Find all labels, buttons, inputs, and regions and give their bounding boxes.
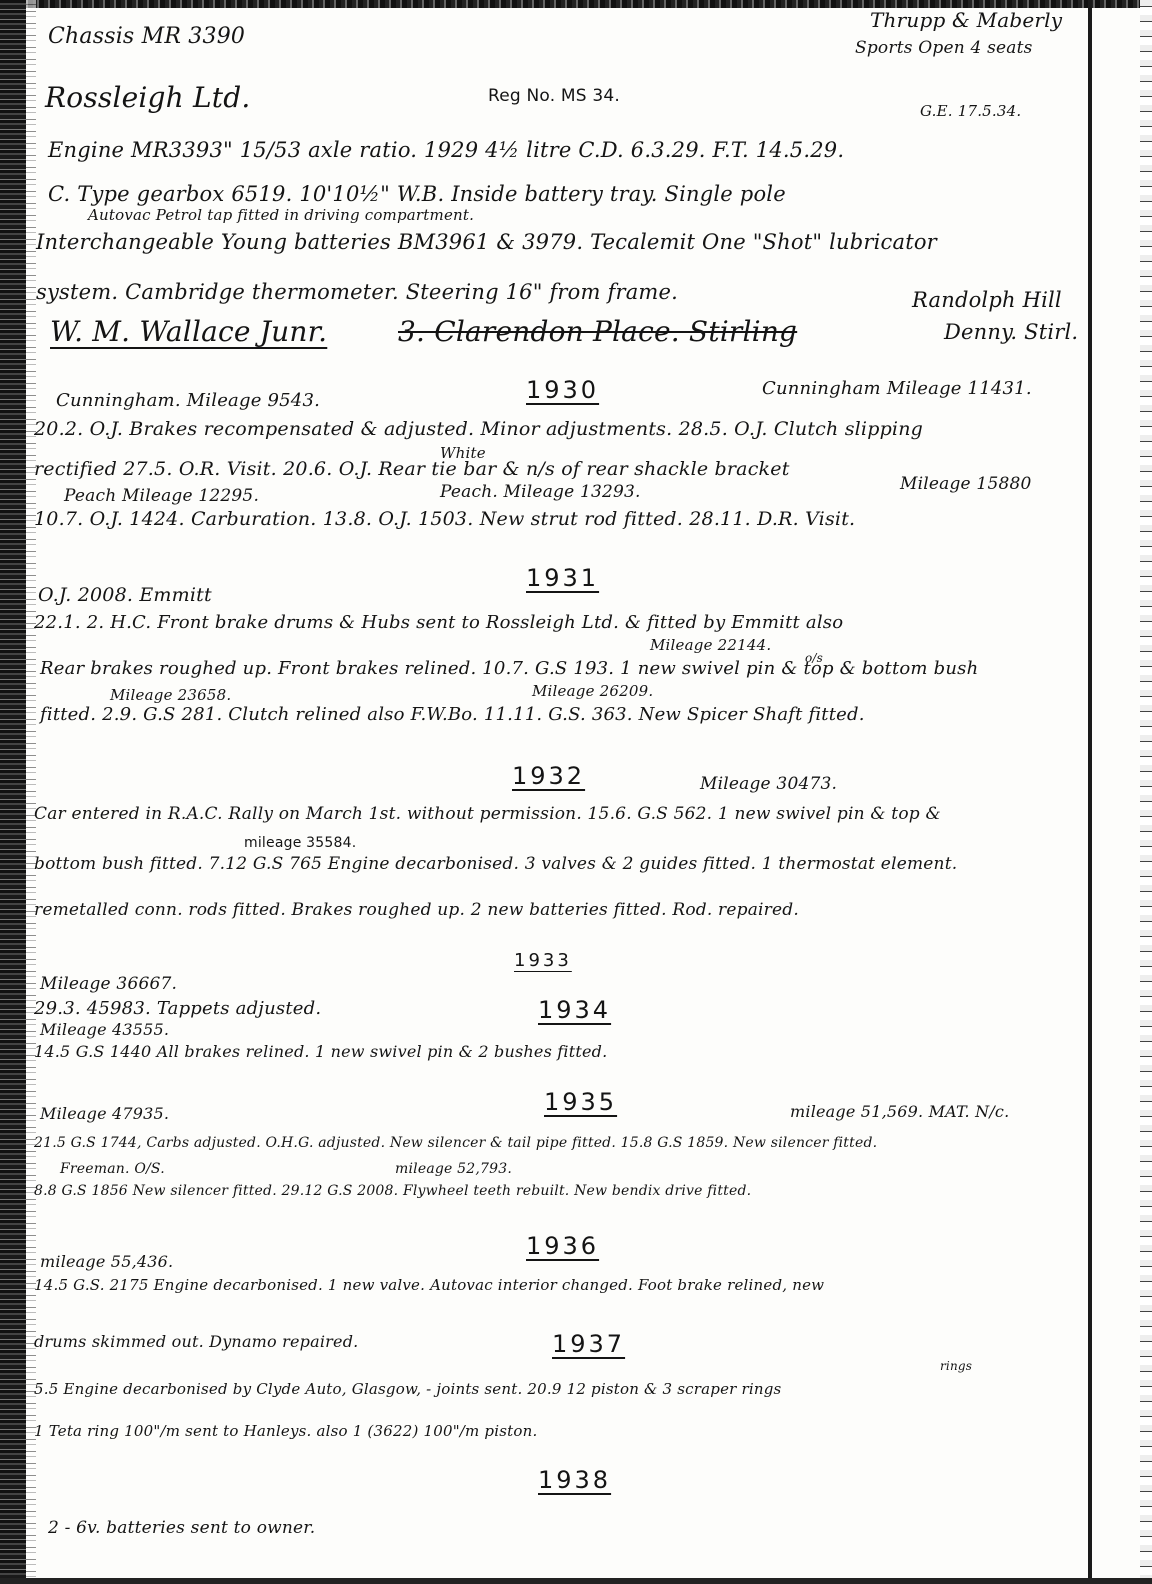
entry-line: 21.5 G.S 1744, Carbs adjusted. O.H.G. ad…	[34, 1136, 877, 1150]
system-line: system. Cambridge thermometer. Steering …	[36, 282, 678, 303]
owner-new-address-line1: Randolph Hill	[912, 290, 1062, 311]
chassis-number: Chassis MR 3390	[48, 26, 245, 48]
year-heading-1932: 1932	[512, 762, 585, 790]
entry-line: 20.2. O.J. Brakes recompensated & adjust…	[34, 420, 923, 439]
entry-line: 22.1. 2. H.C. Front brake drums & Hubs s…	[34, 614, 843, 632]
entry-line: bottom bush fitted. 7.12 G.S 765 Engine …	[34, 856, 957, 873]
year-heading-1935: 1935	[544, 1088, 617, 1116]
entry-line: remetalled conn. rods fitted. Brakes rou…	[34, 902, 799, 919]
page-right-border	[1088, 0, 1092, 1584]
entry-line: 8.8 G.S 1856 New silencer fitted. 29.12 …	[34, 1184, 751, 1198]
year-heading-1937: 1937	[552, 1330, 625, 1358]
petrol-tap-line: Autovac Petrol tap fitted in driving com…	[88, 208, 474, 223]
year-heading-1930: 1930	[526, 376, 599, 404]
scan-edge-left	[0, 0, 26, 1584]
entry-line: rectified 27.5. O.R. Visit. 20.6. O.J. R…	[34, 460, 790, 479]
scan-edge-bottom	[0, 1578, 1152, 1584]
entry-line: Peach. Mileage 13293.	[440, 484, 641, 501]
year-heading-1934: 1934	[538, 996, 611, 1024]
entry-line: O.J. 2008. Emmitt	[38, 586, 212, 605]
entry-line: Car entered in R.A.C. Rally on March 1st…	[34, 806, 941, 823]
entry-line: Rear brakes roughed up. Front brakes rel…	[40, 660, 978, 678]
entry-line: fitted. 2.9. G.S 281. Clutch relined als…	[40, 706, 865, 724]
entry-line: Cunningham. Mileage 9543.	[56, 392, 320, 410]
entry-line: rings	[940, 1360, 972, 1372]
ge-date: G.E. 17.5.34.	[920, 104, 1021, 119]
entry-line: 10.7. O.J. 1424. Carburation. 13.8. O.J.…	[34, 510, 855, 529]
year-heading-1931: 1931	[526, 564, 599, 592]
scan-edge-right	[1140, 0, 1152, 1584]
entry-line: 2 - 6v. batteries sent to owner.	[48, 1520, 315, 1537]
scan-edge-top	[0, 0, 1152, 8]
entry-line: 14.5 G.S. 2175 Engine decarbonised. 1 ne…	[34, 1278, 824, 1293]
entry-line: 5.5 Engine decarbonised by Clyde Auto, G…	[34, 1382, 781, 1397]
entry-line: Mileage 26209.	[532, 684, 653, 699]
entry-line: Mileage 47935.	[40, 1106, 169, 1122]
entry-line: Mileage 36667.	[40, 976, 177, 993]
owner-name: W. M. Wallace Junr.	[50, 318, 327, 346]
entry-line: Cunningham Mileage 11431.	[762, 380, 1032, 398]
engine-line: Engine MR3393" 15/53 axle ratio. 1929 4½…	[48, 140, 844, 161]
entry-line: mileage 55,436.	[40, 1254, 173, 1270]
entry-line: Mileage 30473.	[700, 776, 837, 793]
entry-line: Freeman. O/S.	[60, 1162, 165, 1176]
year-heading-1938: 1938	[538, 1466, 611, 1494]
batteries-line: Interchangeable Young batteries BM3961 &…	[36, 232, 937, 253]
body-type: Sports Open 4 seats	[855, 40, 1033, 57]
entry-line: mileage 35584.	[244, 836, 356, 850]
year-heading-1933: 1933	[514, 950, 572, 971]
entry-line: Mileage 22144.	[650, 638, 771, 653]
entry-line: 1 Teta ring 100"/m sent to Hanleys. also…	[34, 1424, 537, 1439]
owner-old-address: 3. Clarendon Place. Stirling	[398, 318, 797, 346]
entry-line: Peach Mileage 12295.	[64, 488, 259, 505]
entry-line: drums skimmed out. Dynamo repaired.	[34, 1334, 358, 1350]
entry-line: Mileage 15880	[900, 476, 1032, 493]
owner-new-address-line2: Denny. Stirl.	[944, 322, 1078, 343]
entry-line: mileage 51,569. MAT. N/c.	[790, 1104, 1009, 1120]
coachbuilder: Thrupp & Maberly	[870, 10, 1062, 30]
gearbox-line: C. Type gearbox 6519. 10'10½" W.B. Insid…	[48, 184, 786, 205]
registration-number: Reg No. MS 34.	[488, 88, 620, 105]
entry-line: mileage 52,793.	[395, 1162, 512, 1176]
entry-line: Mileage 23658.	[110, 688, 231, 703]
entry-line: 29.3. 45983. Tappets adjusted.	[34, 1000, 321, 1018]
year-heading-1936: 1936	[526, 1232, 599, 1260]
entry-line: 14.5 G.S 1440 All brakes relined. 1 new …	[34, 1044, 607, 1060]
entry-line: Mileage 43555.	[40, 1022, 169, 1038]
supplier-name: Rossleigh Ltd.	[45, 84, 251, 112]
